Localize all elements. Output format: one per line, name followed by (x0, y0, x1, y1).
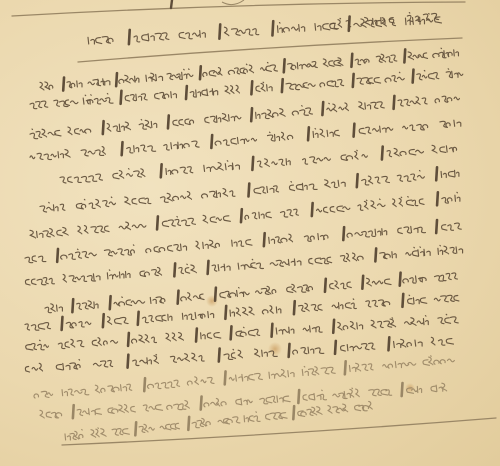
word-separator-stroke (186, 86, 187, 99)
word-separator-stroke (72, 299, 73, 312)
word-separator-stroke (178, 291, 179, 304)
body-line-11 (25, 294, 459, 330)
word-separator-stroke (312, 203, 313, 216)
word-separator-stroke (272, 324, 273, 337)
word-separator-stroke (219, 349, 220, 362)
word-separator-stroke (231, 326, 232, 339)
heading-line (88, 14, 441, 45)
word-separator-stroke (351, 54, 352, 67)
handwritten-words (45, 273, 457, 313)
fragment-stroke (171, 0, 172, 8)
word-separator-stroke (168, 115, 169, 128)
word-separator-stroke (289, 344, 290, 357)
word-separator-stroke (116, 73, 117, 86)
word-separator-stroke (128, 333, 129, 346)
body-line-6 (40, 167, 459, 212)
word-separator-stroke (345, 361, 346, 374)
word-separator-stroke (335, 341, 336, 354)
body-line-2 (30, 69, 463, 109)
word-separator-stroke (144, 378, 145, 391)
word-separator-stroke (333, 320, 334, 333)
word-separator-stroke (208, 261, 209, 274)
word-separator-stroke (264, 233, 265, 246)
word-separator-stroke (413, 70, 414, 83)
word-separator-stroke (357, 174, 358, 187)
word-separator-stroke (325, 279, 326, 292)
word-separator-stroke (161, 164, 162, 177)
word-separator-stroke (157, 216, 158, 229)
word-separator-stroke (196, 329, 197, 342)
word-separator-stroke (284, 59, 285, 72)
handwritten-words (25, 295, 459, 330)
word-separator-stroke (294, 301, 295, 314)
word-separator-stroke (215, 288, 216, 301)
word-separator-stroke (200, 66, 201, 79)
word-separator-stroke (225, 306, 226, 319)
body-line-9 (25, 245, 462, 285)
word-separator-stroke (174, 263, 175, 276)
handwritten-words (65, 401, 372, 440)
word-separator-stroke (63, 78, 64, 91)
word-separator-stroke (353, 74, 354, 87)
word-separator-stroke (322, 102, 323, 115)
word-separator-stroke (103, 121, 104, 134)
word-separator-stroke (188, 417, 189, 430)
word-separator-stroke (343, 227, 344, 240)
handwritten-words (30, 192, 460, 238)
word-separator-stroke (135, 422, 136, 435)
word-separator-stroke (252, 157, 253, 170)
handwritten-words (60, 145, 457, 183)
handwritten-words (25, 245, 462, 285)
word-separator-stroke (402, 383, 403, 396)
word-separator-stroke (122, 142, 123, 155)
word-separator-stroke (129, 30, 130, 44)
ink-stain (268, 342, 282, 356)
word-separator-stroke (110, 296, 111, 309)
body-line-10 (45, 273, 457, 313)
body-line-1 (40, 48, 458, 90)
word-separator-stroke (400, 273, 401, 286)
word-separator-stroke (62, 317, 63, 330)
body-line-13 (25, 337, 453, 372)
word-separator-stroke (308, 127, 309, 140)
body-line-16 (65, 401, 372, 440)
body-line-4 (30, 120, 461, 159)
top-rule (12, 2, 465, 16)
handwritten-words (26, 314, 459, 350)
fragment-curl (222, 0, 244, 5)
word-separator-stroke (436, 220, 437, 233)
manuscript-page: Hebrew-script cursive (Solitreo) (0, 0, 500, 466)
word-separator-stroke (251, 81, 252, 94)
handwriting-canvas (0, 0, 500, 466)
word-separator-stroke (121, 91, 122, 104)
word-separator-stroke (282, 79, 283, 92)
handwritten-words (30, 120, 461, 159)
handwritten-words (34, 356, 454, 398)
word-separator-stroke (382, 147, 383, 160)
word-separator-stroke (394, 96, 395, 109)
word-separator-stroke (354, 124, 355, 137)
handwritten-words (40, 383, 447, 418)
body-line-12 (26, 314, 459, 350)
body-line-15 (40, 383, 447, 418)
word-separator-stroke (362, 276, 363, 289)
word-separator-stroke (436, 167, 437, 180)
body-line-14 (34, 356, 454, 398)
word-separator-stroke (402, 294, 403, 307)
handwritten-words (40, 48, 458, 90)
word-separator-stroke (73, 405, 74, 418)
word-separator-stroke (138, 312, 139, 325)
word-separator-stroke (404, 49, 405, 62)
word-separator-stroke (103, 314, 104, 327)
body-line-3 (30, 96, 459, 139)
word-separator-stroke (241, 209, 242, 222)
word-separator-stroke (437, 192, 438, 205)
word-separator-stroke (293, 406, 294, 419)
word-separator-stroke (375, 248, 376, 261)
word-separator-stroke (272, 21, 273, 35)
word-separator-stroke (251, 108, 252, 121)
handwritten-words (88, 14, 441, 44)
handwritten-words (30, 69, 463, 109)
word-separator-stroke (298, 390, 299, 403)
word-separator-stroke (128, 355, 129, 368)
word-separator-stroke (225, 371, 226, 384)
word-separator-stroke (211, 135, 212, 148)
word-separator-stroke (219, 24, 220, 38)
word-separator-stroke (57, 249, 58, 262)
word-separator-stroke (201, 397, 202, 410)
word-separator-stroke (248, 183, 249, 196)
bottom-rule (62, 418, 496, 445)
body-line-5 (60, 145, 457, 183)
word-separator-stroke (388, 337, 389, 350)
body-line-7 (30, 192, 460, 238)
